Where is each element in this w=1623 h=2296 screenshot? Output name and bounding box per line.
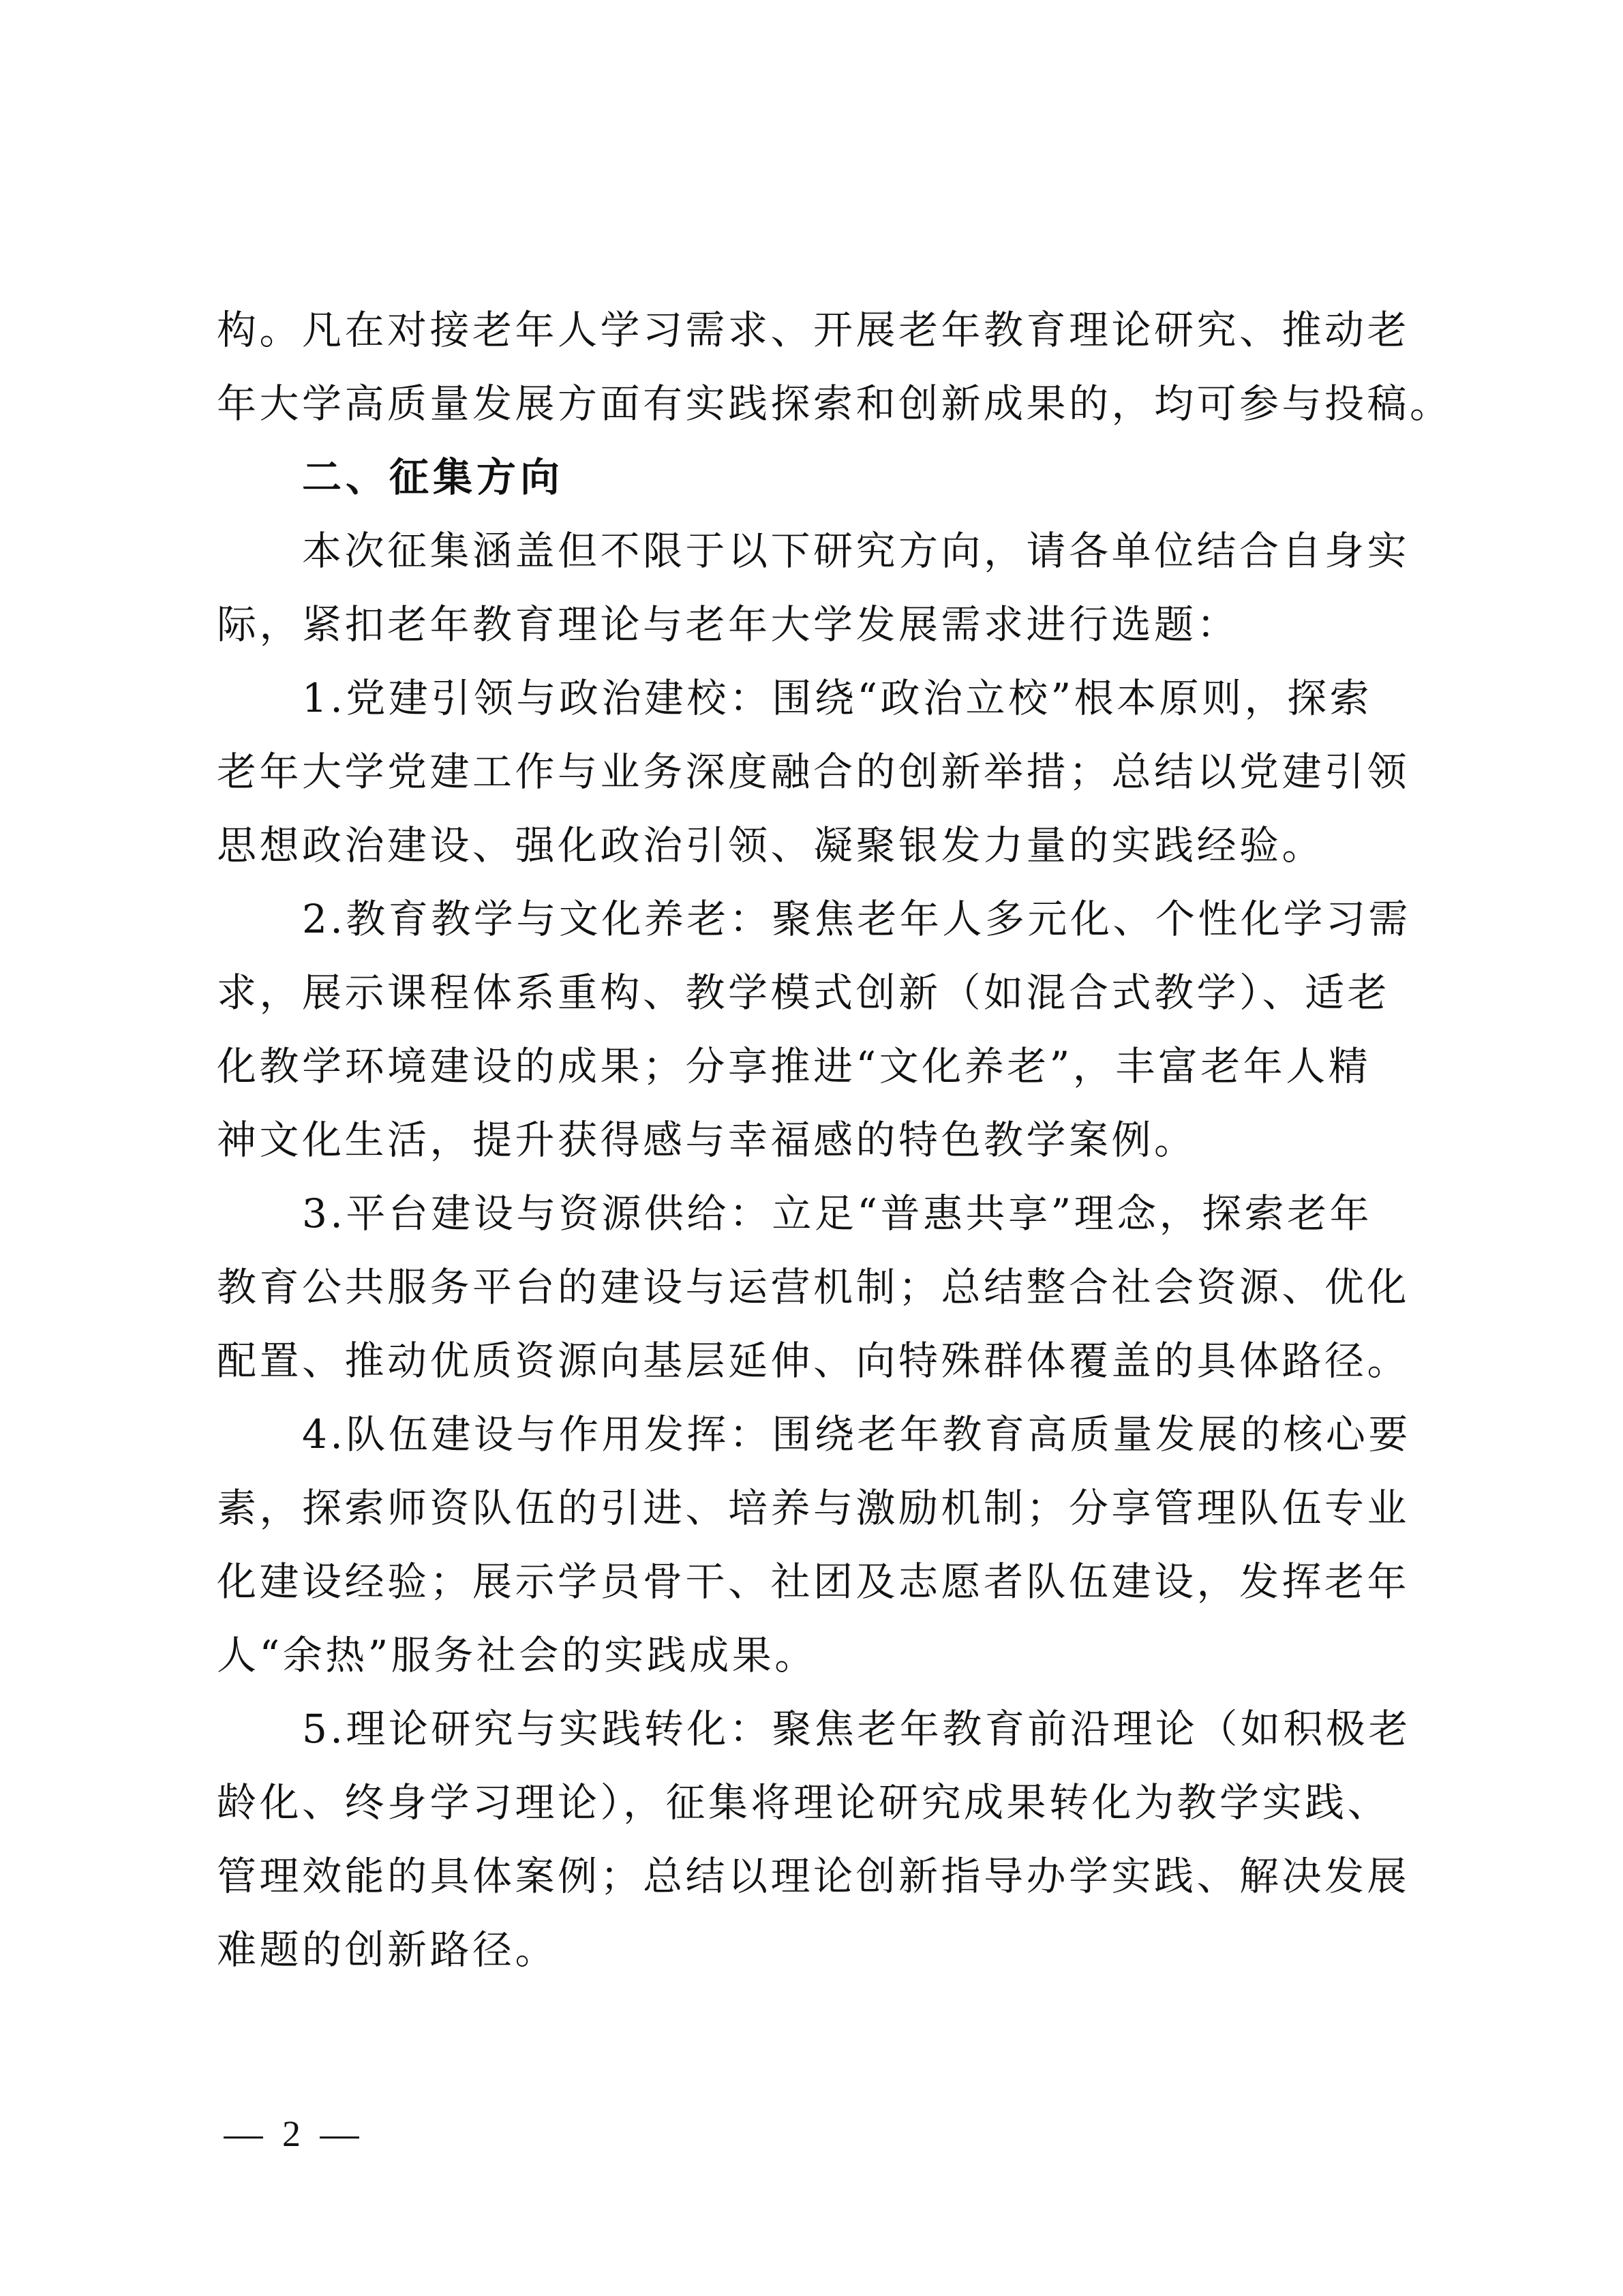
text-line: 3.平台建设与资源供给：立足“普惠共享”理念，探索老年: [217, 1177, 1416, 1250]
text-line: 求，展示课程体系重构、教学模式创新（如混合式教学）、适老: [217, 956, 1416, 1029]
document-page: 构。凡在对接老年人学习需求、开展老年教育理论研究、推动老 年大学高质量发展方面有…: [217, 293, 1416, 1987]
text-line: 素，探索师资队伍的引进、培养与激励机制；分享管理队伍专业: [217, 1471, 1416, 1545]
text-line: 5.理论研究与实践转化：聚焦老年教育前沿理论（如积极老: [217, 1692, 1416, 1766]
text-line: 难题的创新路径。: [217, 1913, 1416, 1987]
list-item-2: 2.教育教学与文化养老：聚焦老年人多元化、个性化学习需 求，展示课程体系重构、教…: [217, 882, 1416, 1177]
dash-decoration: [320, 2136, 359, 2139]
list-item-5: 5.理论研究与实践转化：聚焦老年教育前沿理论（如积极老 龄化、终身学习理论），征…: [217, 1692, 1416, 1987]
intro-paragraph: 本次征集涵盖但不限于以下研究方向，请各单位结合自身实 际，紧扣老年教育理论与老年…: [217, 514, 1416, 661]
list-item-3: 3.平台建设与资源供给：立足“普惠共享”理念，探索老年 教育公共服务平台的建设与…: [217, 1177, 1416, 1398]
dash-decoration: [224, 2136, 263, 2139]
list-item-4: 4.队伍建设与作用发挥：围绕老年教育高质量发展的核心要 素，探索师资队伍的引进、…: [217, 1398, 1416, 1692]
text-line: 构。凡在对接老年人学习需求、开展老年教育理论研究、推动老: [217, 293, 1416, 367]
text-line: 1.党建引领与政治建校：围绕“政治立校”根本原则，探索: [217, 661, 1416, 735]
text-line: 人“余热”服务社会的实践成果。: [217, 1618, 1416, 1692]
text-line: 2.教育教学与文化养老：聚焦老年人多元化、个性化学习需: [217, 882, 1416, 956]
text-line: 4.队伍建设与作用发挥：围绕老年教育高质量发展的核心要: [217, 1398, 1416, 1471]
page-number: 2: [282, 2113, 301, 2154]
text-line: 化建设经验；展示学员骨干、社团及志愿者队伍建设，发挥老年: [217, 1545, 1416, 1618]
section-heading: 二、征集方向: [217, 440, 1416, 514]
page-footer: 2: [217, 2106, 378, 2161]
text-line: 老年大学党建工作与业务深度融合的创新举措；总结以党建引领: [217, 735, 1416, 809]
text-line: 管理效能的具体案例；总结以理论创新指导办学实践、解决发展: [217, 1839, 1416, 1913]
text-line: 化教学环境建设的成果；分享推进“文化养老”，丰富老年人精: [217, 1029, 1416, 1103]
text-line: 龄化、终身学习理论），征集将理论研究成果转化为教学实践、: [217, 1766, 1416, 1839]
text-line: 神文化生活，提升获得感与幸福感的特色教学案例。: [217, 1103, 1416, 1177]
text-line: 思想政治建设、强化政治引领、凝聚银发力量的实践经验。: [217, 809, 1416, 882]
text-line: 配置、推动优质资源向基层延伸、向特殊群体覆盖的具体路径。: [217, 1324, 1416, 1398]
text-line: 际，紧扣老年教育理论与老年大学发展需求进行选题：: [217, 588, 1416, 661]
text-line: 教育公共服务平台的建设与运营机制；总结整合社会资源、优化: [217, 1250, 1416, 1324]
list-item-1: 1.党建引领与政治建校：围绕“政治立校”根本原则，探索 老年大学党建工作与业务深…: [217, 661, 1416, 882]
continuation-paragraph: 构。凡在对接老年人学习需求、开展老年教育理论研究、推动老 年大学高质量发展方面有…: [217, 293, 1416, 440]
text-line: 本次征集涵盖但不限于以下研究方向，请各单位结合自身实: [217, 514, 1416, 588]
text-line: 年大学高质量发展方面有实践探索和创新成果的，均可参与投稿。: [217, 367, 1416, 440]
